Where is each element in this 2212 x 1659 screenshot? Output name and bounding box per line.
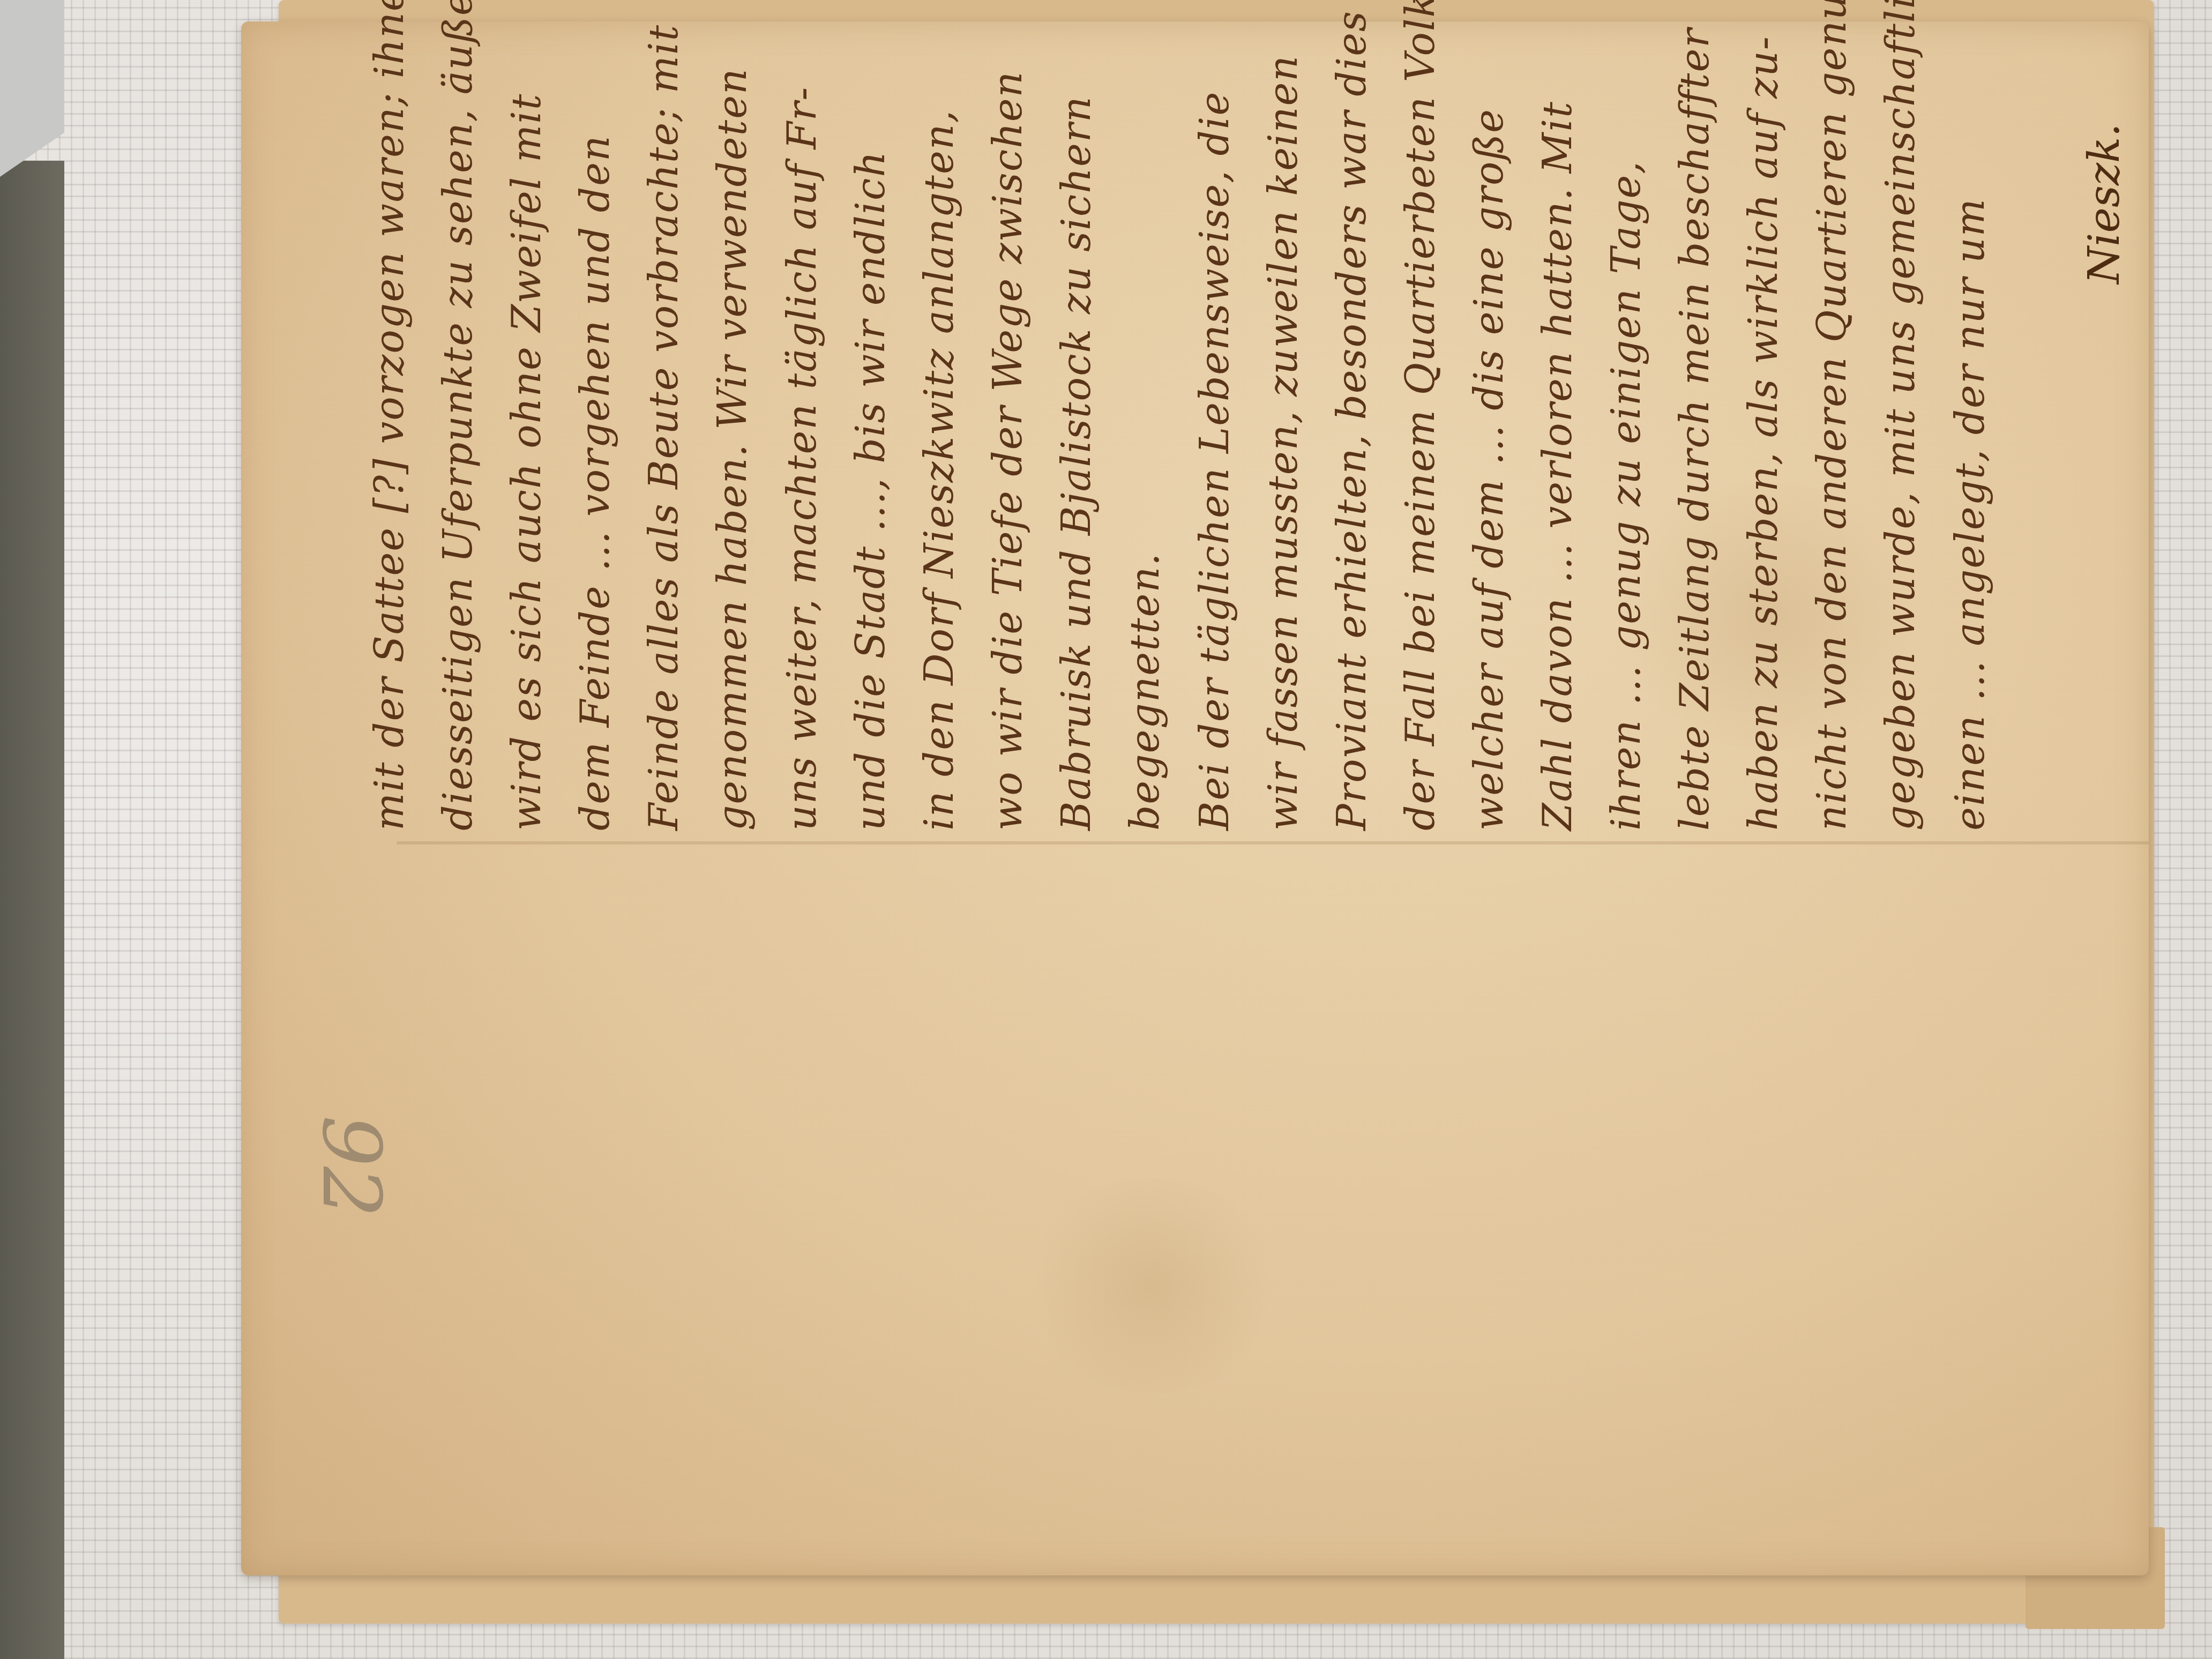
dark-surface-edge (0, 161, 64, 1659)
manuscript-line: wird es sich auch ohne Zweifel mit (507, 59, 547, 831)
manuscript-line: genommen haben. Wir verwendeten (713, 59, 752, 831)
manuscript-line: Proviant erhielten, besonders war dies (1332, 59, 1372, 831)
manuscript-line: und die Stadt ..., bis wir endlich (851, 59, 891, 831)
manuscript-line: uns weiter, machten täglich auf Fr- (782, 59, 822, 831)
manuscript-line: lebte Zeitlang durch mein beschaffter (1675, 59, 1715, 831)
manuscript-line: einen ... angelegt, der nur um (1951, 59, 1990, 831)
manuscript-line: welcher auf dem ... dis eine große (1469, 59, 1509, 831)
manuscript-line: nicht von den anderen Quartieren genug (1812, 59, 1852, 831)
manuscript-line: wo wir die Tiefe der Wege zwischen (988, 59, 1028, 831)
manuscript-line: Feinde alles als Beute vorbrachte; mit (644, 59, 684, 831)
manuscript-line: diesseitigen Uferpunkte zu sehen, äußers… (438, 59, 478, 831)
handwritten-text-block: mit der Sattee [?] vorzogen waren; ihnen… (370, 59, 2058, 847)
manuscript-line: gegeben wurde, mit uns gemeinschaftlich (1881, 59, 1920, 831)
folio-number: 92 (304, 1116, 398, 1218)
manuscript-line: mit der Sattee [?] vorzogen waren; ihnen (370, 59, 409, 831)
manuscript-line: begegnetten. (1125, 59, 1165, 831)
signature: Nieszk. (2079, 123, 2129, 284)
manuscript-line: der Fall bei meinem Quartierbeten Volk, (1401, 59, 1440, 831)
manuscript-line: in den Dorf Nieszkwitz anlangten, (920, 59, 959, 831)
manuscript-line: dem Feinde ... vorgehen und den (576, 59, 615, 831)
manuscript-line: haben zu sterben, als wirklich auf zu- (1744, 59, 1783, 831)
manuscript-line: ihren ... genug zu einigen Tage, (1606, 59, 1646, 831)
manuscript-line: Zahl davon ... verloren hatten. Mit (1538, 59, 1578, 831)
manuscript-line: Bei der täglichen Lebensweise, die (1195, 59, 1235, 831)
manuscript-line: Babruisk und Bjalistock zu sichern (1057, 59, 1096, 831)
manuscript-line: wir fassen mussten, zuweilen keinen (1264, 59, 1303, 831)
paper-stain (1018, 1179, 1286, 1393)
